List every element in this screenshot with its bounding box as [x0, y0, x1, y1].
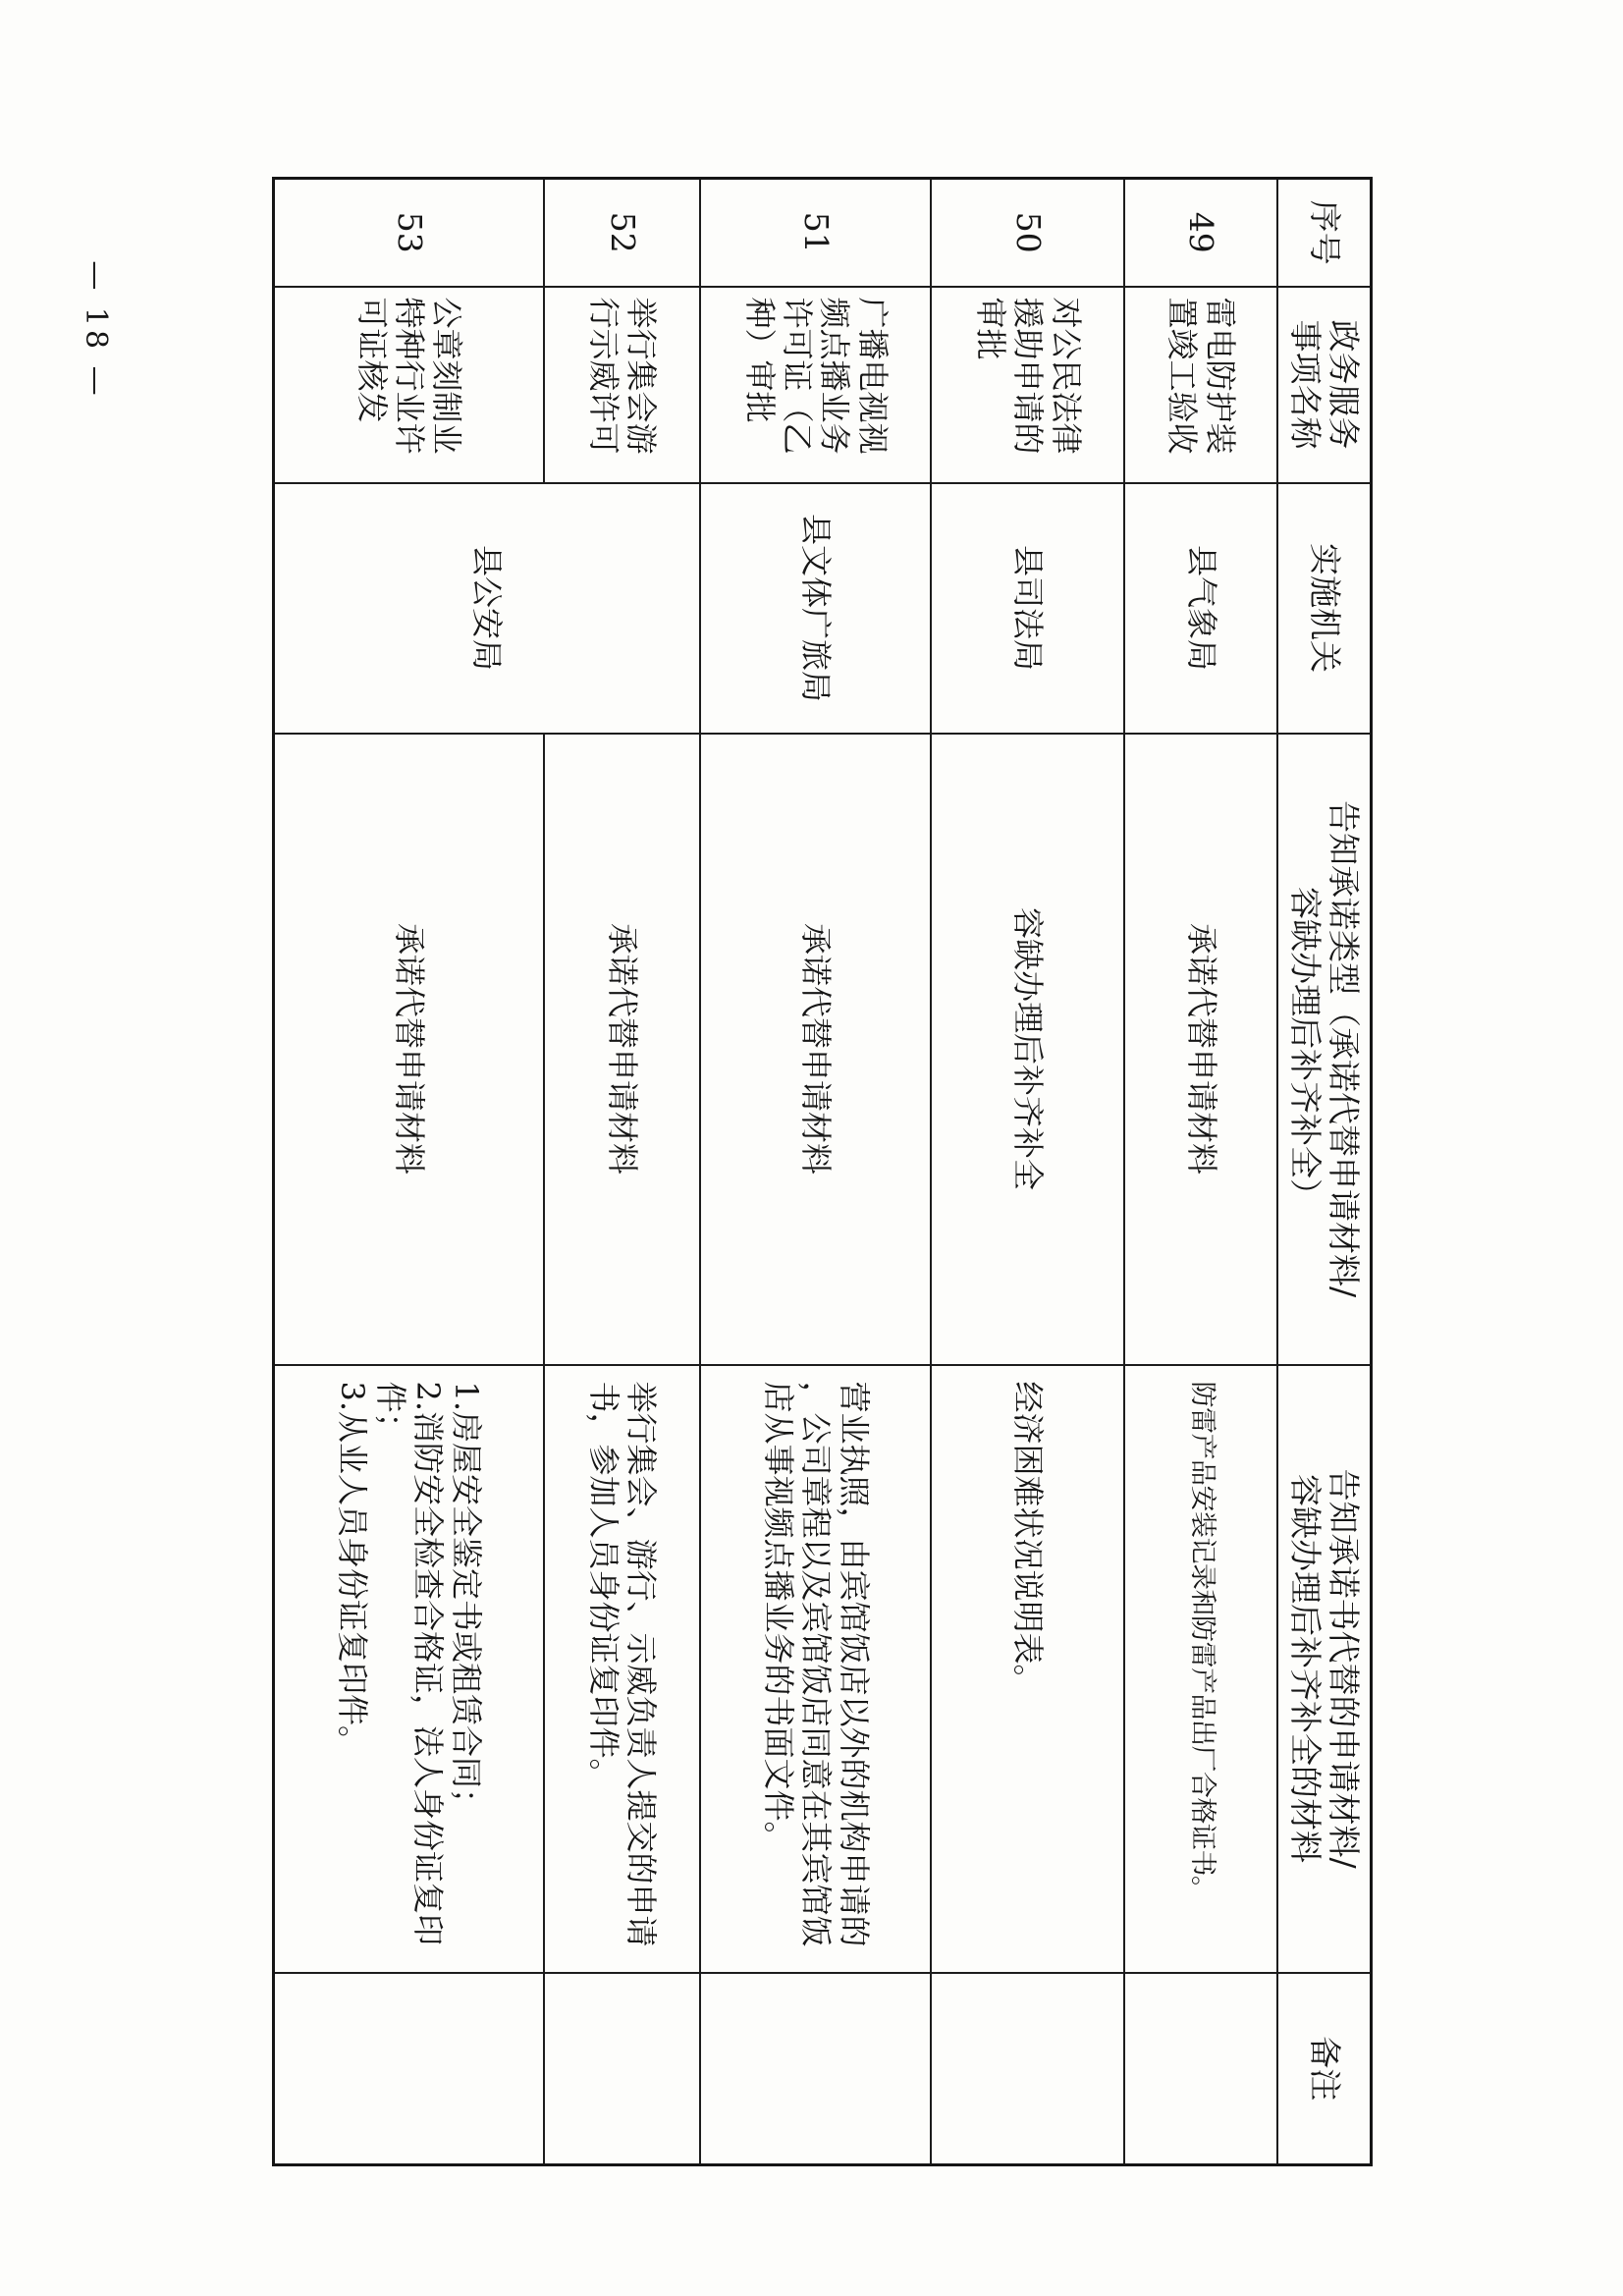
cell-53-name: 公章刻制业特种行业许可证核发	[274, 287, 545, 483]
cell-50-serial: 50	[932, 179, 1125, 287]
rotation-frame: 序号 政务服务 事项名称 实施机关 告知承诺类型（承诺代替申请材料/ 容缺办理后…	[275, 177, 1373, 2163]
cell-49-serial: 49	[1125, 179, 1278, 287]
page-number: — 18 —	[75, 246, 116, 414]
service-items-table: 序号 政务服务 事项名称 实施机关 告知承诺类型（承诺代替申请材料/ 容缺办理后…	[272, 177, 1373, 2166]
cell-49-agency: 县气象局	[1125, 483, 1278, 734]
cell-53-remark	[274, 1973, 545, 2165]
cell-50-materials: 经济困难状况说明表。	[932, 1365, 1125, 1973]
cell-52-53-agency-merged: 县公安局	[274, 483, 701, 734]
header-remark: 备注	[1278, 1973, 1372, 2165]
cell-53-serial: 53	[274, 179, 545, 287]
page-number-label: — 18 —	[75, 246, 116, 414]
cell-49-name: 雷电防护装置竣工验收	[1125, 287, 1278, 483]
header-materials: 告知承诺书代替的申请材料/ 容缺办理后补齐补全的材料	[1278, 1365, 1372, 1973]
cell-52-serial: 52	[545, 179, 701, 287]
cell-50-name: 对公民法律援助申请的审批	[932, 287, 1125, 483]
header-agency: 实施机关	[1278, 483, 1372, 734]
header-item-name: 政务服务 事项名称	[1278, 287, 1372, 483]
cell-50-agency: 县司法局	[932, 483, 1125, 734]
cell-52-type: 承诺代替申请材料	[545, 734, 701, 1365]
header-commitment-type: 告知承诺类型（承诺代替申请材料/ 容缺办理后补齐补全）	[1278, 734, 1372, 1365]
cell-52-remark	[545, 1973, 701, 2165]
table-row-52: 52 举行集会游行示威许可 县公安局 承诺代替申请材料 举行集会、游行、示威负责…	[545, 179, 701, 2165]
cell-50-remark	[932, 1973, 1125, 2165]
cell-50-type: 容缺办理后补齐补全	[932, 734, 1125, 1365]
table-row-49: 49 雷电防护装置竣工验收 县气象局 承诺代替申请材料 防雷产品安装记录和防雷产…	[1125, 179, 1278, 2165]
cell-53-materials: 1.房屋安全鉴定书或租赁合同； 2.消防安全检查合格证，法人身份证复印件； 3.…	[274, 1365, 545, 1973]
table-row-51: 51 广播电视视频点播业务许可证（乙种）审批 县文体广旅局 承诺代替申请材料 营…	[701, 179, 932, 2165]
cell-51-serial: 51	[701, 179, 932, 287]
cell-51-materials: 营业执照，由宾馆饭店以外的机构申请的，公司章程以及宾馆饭店同意在其宾馆饭店从事视…	[701, 1365, 932, 1973]
cell-51-remark	[701, 1973, 932, 2165]
header-row: 序号 政务服务 事项名称 实施机关 告知承诺类型（承诺代替申请材料/ 容缺办理后…	[1278, 179, 1372, 2165]
cell-51-type: 承诺代替申请材料	[701, 734, 932, 1365]
table-row-53: 53 公章刻制业特种行业许可证核发 承诺代替申请材料 1.房屋安全鉴定书或租赁合…	[274, 179, 545, 2165]
cell-52-materials: 举行集会、游行、示威负责人提交的申请书，参加人员身份证复印件。	[545, 1365, 701, 1973]
table-row-50: 50 对公民法律援助申请的审批 县司法局 容缺办理后补齐补全 经济困难状况说明表…	[932, 179, 1125, 2165]
cell-49-type: 承诺代替申请材料	[1125, 734, 1278, 1365]
scanned-page: — 18 — 序号 政务服务 事项名称 实施机关 告知承诺类型（承诺代替申请材料…	[0, 0, 1623, 2296]
cell-51-agency: 县文体广旅局	[701, 483, 932, 734]
cell-49-materials: 防雷产品安装记录和防雷产品出厂合格证书。	[1125, 1365, 1278, 1973]
cell-52-name: 举行集会游行示威许可	[545, 287, 701, 483]
cell-49-remark	[1125, 1973, 1278, 2165]
cell-51-name: 广播电视视频点播业务许可证（乙种）审批	[701, 287, 932, 483]
rotated-table-container: 序号 政务服务 事项名称 实施机关 告知承诺类型（承诺代替申请材料/ 容缺办理后…	[275, 177, 1373, 2163]
header-serial: 序号	[1278, 179, 1372, 287]
cell-53-type: 承诺代替申请材料	[274, 734, 545, 1365]
